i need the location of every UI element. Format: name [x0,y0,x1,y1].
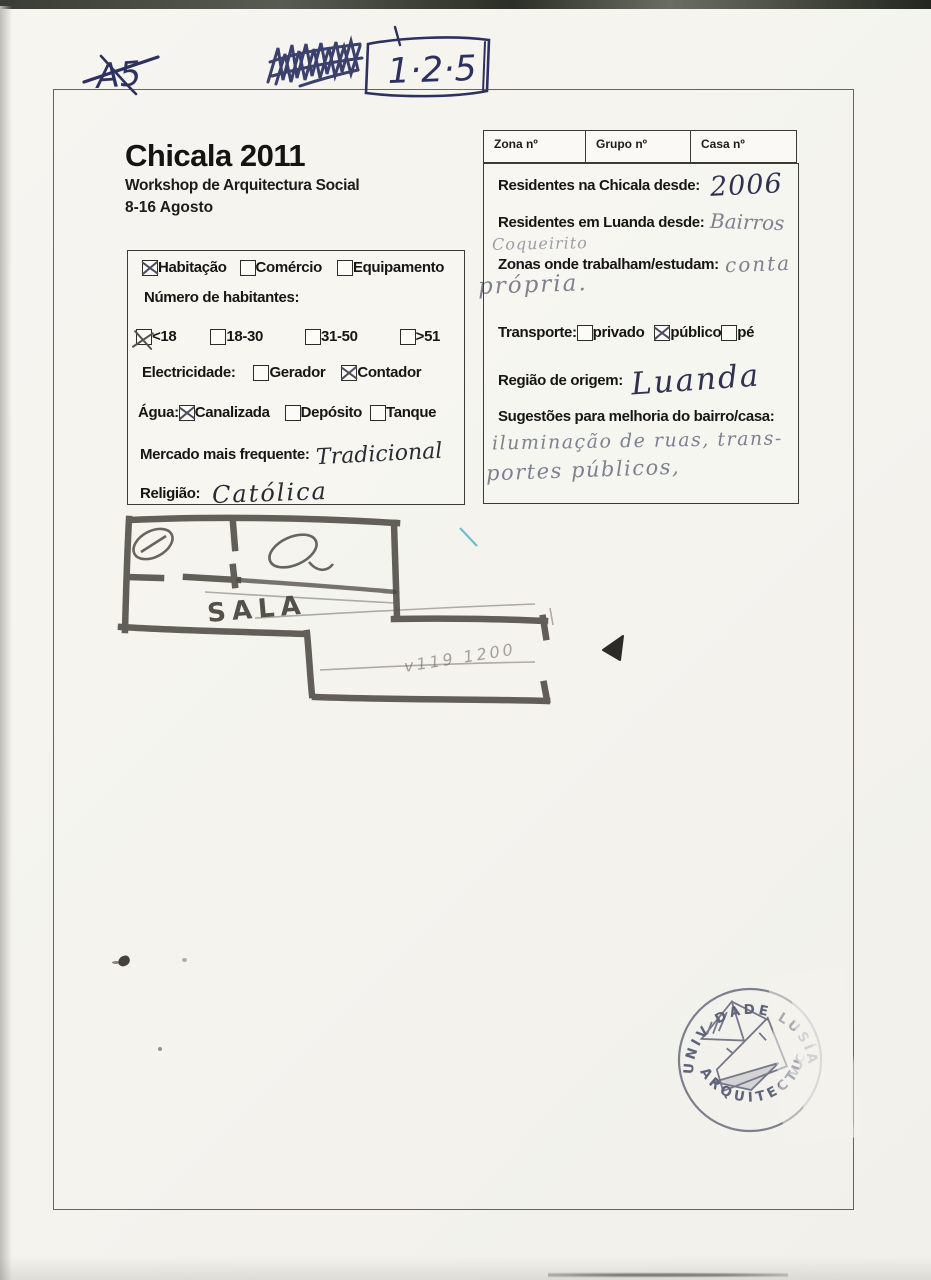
label-comercio: Comércio [256,259,322,276]
handwritten-zonas: conta [724,251,791,277]
checkbox-31-50[interactable] [305,329,321,345]
checkbox-habitacao[interactable] [142,260,158,276]
label-religiao: Religião: [140,485,200,502]
handwritten-chicala-desde: 2006 [709,168,783,203]
label-sugestoes: Sugestões para melhoria do bairro/casa: [498,408,774,425]
handwritten-sugestoes-2: portes públicos, [486,455,681,486]
handwritten-luanda-desde: Bairros [710,209,785,236]
page-dates: 8-16 Agosto [125,199,359,217]
label-privado: privado [593,324,645,341]
checkbox-pe[interactable] [721,325,737,341]
right-question-box: Residentes na Chicala desde: 2006 Reside… [483,163,799,504]
plan-scale-note: v119 1200 [403,640,517,676]
title-block: Chicala 2011 Workshop de Arquitectura So… [125,138,359,217]
label-numero-habitantes: Número de habitantes: [144,289,299,306]
left-question-box: Habitação Comércio Equipamento Número de… [127,250,465,505]
checkbox-18-30[interactable] [210,329,226,345]
label-31-50: 31-50 [321,328,358,345]
label-agua: Água: [138,404,179,421]
ink-blot-triangle [603,636,623,660]
checkbox-publico[interactable] [654,325,670,341]
label-zonas-trabalham: Zonas onde trabalham/estudam: [498,256,719,273]
checkbox-canalizada[interactable] [179,405,195,421]
label-canalizada: Canalizada [195,404,270,421]
label-regiao-origem: Região de origem: [498,372,623,389]
paper-left-edge [0,6,12,1280]
label-habitacao: Habitação [158,259,227,276]
label-gerador: Gerador [269,364,325,381]
svg-text:UNIV: UNIV [676,1020,719,1076]
checkbox-tanque[interactable] [370,405,386,421]
scanned-form-page: A5 1·2·5 Chicala 2011 Workshop de Arqui [0,0,931,1280]
stamp-arc-left: UNIV [676,1020,719,1076]
label-publico: público [670,324,721,341]
header-cell-casa: Casa nº [691,131,796,162]
header-cell-zona: Zona nº [484,131,586,162]
checkbox-comercio[interactable] [240,260,256,276]
checkbox-equipamento[interactable] [337,260,353,276]
label-pe: pé [737,324,754,341]
scribble-crossout [268,41,362,86]
page-title: Chicala 2011 [125,138,359,174]
handwritten-luanda-desde-2: Coqueirito [492,233,588,254]
blue-pen-mark [460,528,477,546]
header-table: Zona nº Grupo nº Casa nº [483,130,797,163]
small-dot [158,1047,162,1051]
label-electricidade: Electricidade: [142,364,235,381]
checkbox-gt51[interactable] [400,329,416,345]
checkbox-deposito[interactable] [285,405,301,421]
checkbox-privado[interactable] [577,325,593,341]
faint-speck [182,958,187,962]
label-residentes-luanda: Residentes em Luanda desde: [498,214,704,231]
page-subtitle: Workshop de Arquitectura Social [125,177,359,195]
label-transporte: Transporte: [498,324,577,341]
ink-smudge-tail [112,961,120,964]
header-cell-grupo: Grupo nº [586,131,691,162]
code-box-value: 1·2·5 [387,49,477,92]
university-stamp: UNIV DADE LUSÍAD ARQUITECTURA V.C [658,968,848,1153]
label-contador: Contador [357,364,421,381]
label-gt51: >51 [416,328,440,345]
checkbox-contador[interactable] [341,365,357,381]
label-equipamento: Equipamento [353,259,444,276]
handwritten-sugestoes-1: iluminação de ruas, trans- [492,427,783,454]
label-tanque: Tanque [386,404,436,421]
handwritten-zonas-2: própria. [478,270,589,300]
handwritten-mercado: Tradicional [315,439,442,471]
sala-label: SALA [206,590,308,629]
handwritten-regiao: Luanda [630,358,762,403]
checkbox-lt18[interactable] [136,329,152,345]
label-lt18: <18 [152,328,176,345]
label-mercado: Mercado mais frequente: [140,446,310,463]
label-18-30: 18-30 [226,328,263,345]
checkbox-gerador[interactable] [253,365,269,381]
label-residentes-chicala: Residentes na Chicala desde: [498,177,700,194]
label-deposito: Depósito [301,404,362,421]
floor-plan-sketch: SALA v119 1200 [105,500,645,720]
paper-bottom-shadow [0,1256,931,1280]
